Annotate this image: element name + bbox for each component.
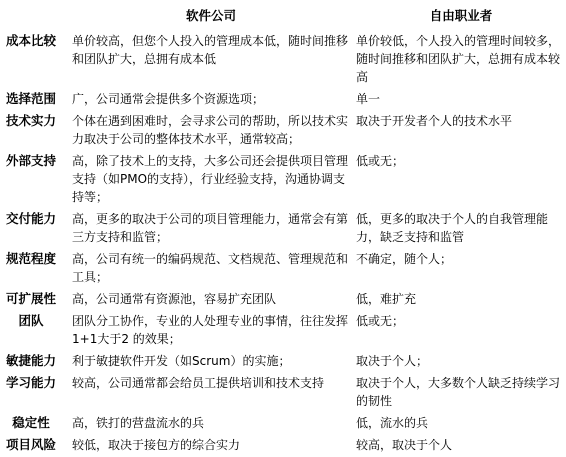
company-cell: 高，除了技术上的支持，大多公司还会提供项目管理支持（如PMO的支持），行业经验支… — [66, 151, 356, 209]
header-freelancer: 自由职业者 — [356, 4, 566, 31]
table-row: 学习能力较高，公司通常都会给员工提供培训和技术支持取决于个人，大多数个人缺乏持续… — [0, 373, 566, 413]
company-cell: 较低，取决于接包方的综合实力 — [66, 435, 356, 444]
freelancer-cell: 低或无； — [356, 311, 566, 351]
freelancer-cell: 单价较低，个人投入的管理时间较多，随时间推移和团队扩大，总拥有成本较高 — [356, 31, 566, 89]
row-label: 团队 — [0, 311, 66, 351]
header-company: 软件公司 — [66, 4, 356, 31]
freelancer-cell: 取决于个人，大多数个人缺乏持续学习的韧性 — [356, 373, 566, 413]
company-cell: 利于敏捷软件开发（如Scrum）的实施； — [66, 351, 356, 373]
table-row: 敏捷能力利于敏捷软件开发（如Scrum）的实施；取决于个人； — [0, 351, 566, 373]
header-row: 软件公司 自由职业者 — [0, 4, 566, 31]
row-label: 敏捷能力 — [0, 351, 66, 373]
freelancer-cell: 低，流水的兵 — [356, 413, 566, 435]
header-empty — [0, 4, 66, 31]
freelancer-cell: 取决于开发者个人的技术水平 — [356, 111, 566, 151]
table-row: 稳定性高，铁打的营盘流水的兵低，流水的兵 — [0, 413, 566, 435]
freelancer-cell: 不确定，随个人； — [356, 249, 566, 289]
freelancer-cell: 取决于个人； — [356, 351, 566, 373]
table-row: 选择范围广，公司通常会提供多个资源选项；单一 — [0, 89, 566, 111]
company-cell: 较高，公司通常都会给员工提供培训和技术支持 — [66, 373, 356, 413]
table-row: 技术实力个体在遇到困难时，会寻求公司的帮助，所以技术实力取决于公司的整体技术水平… — [0, 111, 566, 151]
table-row: 外部支持高，除了技术上的支持，大多公司还会提供项目管理支持（如PMO的支持），行… — [0, 151, 566, 209]
row-label: 成本比较 — [0, 31, 66, 89]
row-label: 学习能力 — [0, 373, 66, 413]
table-row: 可扩展性高，公司通常有资源池，容易扩充团队低，难扩充 — [0, 289, 566, 311]
table-row: 交付能力高，更多的取决于公司的项目管理能力，通常会有第三方支持和监管；低，更多的… — [0, 209, 566, 249]
row-label: 稳定性 — [0, 413, 66, 435]
company-cell: 高，公司有统一的编码规范、文档规范、管理规范和工具； — [66, 249, 356, 289]
row-label: 外部支持 — [0, 151, 66, 209]
freelancer-cell: 较高，取决于个人 — [356, 435, 566, 444]
company-cell: 个体在遇到困难时，会寻求公司的帮助，所以技术实力取决于公司的整体技术水平，通常较… — [66, 111, 356, 151]
company-cell: 高，公司通常有资源池，容易扩充团队 — [66, 289, 356, 311]
freelancer-cell: 单一 — [356, 89, 566, 111]
row-label: 项目风险 — [0, 435, 66, 444]
freelancer-cell: 低，难扩充 — [356, 289, 566, 311]
company-cell: 高，铁打的营盘流水的兵 — [66, 413, 356, 435]
table-row: 项目风险较低，取决于接包方的综合实力较高，取决于个人 — [0, 435, 566, 444]
row-label: 技术实力 — [0, 111, 66, 151]
table-row: 团队团队分工协作，专业的人处理专业的事情，往往发挥1+1大于2 的效果；低或无； — [0, 311, 566, 351]
row-label: 交付能力 — [0, 209, 66, 249]
table-row: 成本比较单价较高，但您个人投入的管理成本低，随时间推移和团队扩大，总拥有成本低单… — [0, 31, 566, 89]
company-cell: 高，更多的取决于公司的项目管理能力，通常会有第三方支持和监管； — [66, 209, 356, 249]
freelancer-cell: 低或无； — [356, 151, 566, 209]
table-row: 规范程度高，公司有统一的编码规范、文档规范、管理规范和工具；不确定，随个人； — [0, 249, 566, 289]
row-label: 规范程度 — [0, 249, 66, 289]
freelancer-cell: 低，更多的取决于个人的自我管理能力，缺乏支持和监管 — [356, 209, 566, 249]
company-cell: 团队分工协作，专业的人处理专业的事情，往往发挥1+1大于2 的效果； — [66, 311, 356, 351]
row-label: 选择范围 — [0, 89, 66, 111]
company-cell: 广，公司通常会提供多个资源选项； — [66, 89, 356, 111]
company-cell: 单价较高，但您个人投入的管理成本低，随时间推移和团队扩大，总拥有成本低 — [66, 31, 356, 89]
comparison-table: 软件公司 自由职业者 成本比较单价较高，但您个人投入的管理成本低，随时间推移和团… — [0, 4, 566, 444]
row-label: 可扩展性 — [0, 289, 66, 311]
